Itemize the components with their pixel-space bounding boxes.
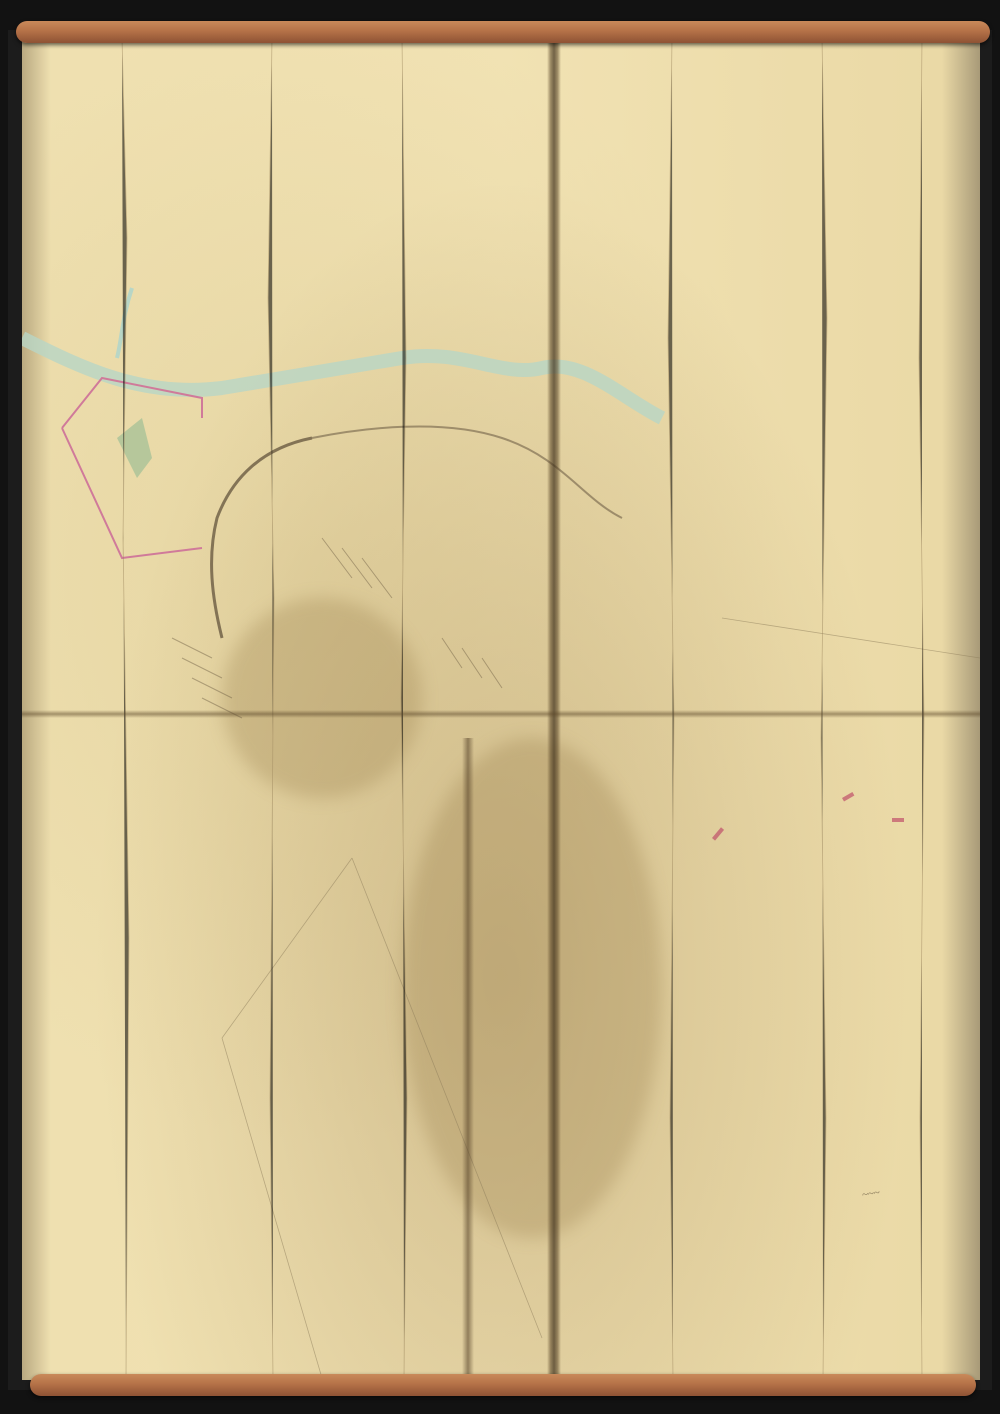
terrain-hatching — [172, 538, 502, 718]
vertical-fold — [547, 38, 561, 1380]
paper-cracks — [122, 38, 924, 1378]
survey-lines — [222, 618, 980, 1378]
map-drawing — [22, 38, 980, 1380]
colored-markers — [712, 792, 904, 841]
top-rod — [16, 21, 990, 43]
bottom-rod — [30, 1374, 976, 1396]
signature-note: ~~~ — [861, 1187, 880, 1201]
map-sheet — [22, 38, 980, 1380]
vertical-crack — [462, 738, 474, 1378]
forest-patch — [117, 418, 152, 478]
ridge-line — [212, 438, 312, 638]
road — [312, 426, 622, 518]
horizontal-fold — [22, 710, 980, 718]
